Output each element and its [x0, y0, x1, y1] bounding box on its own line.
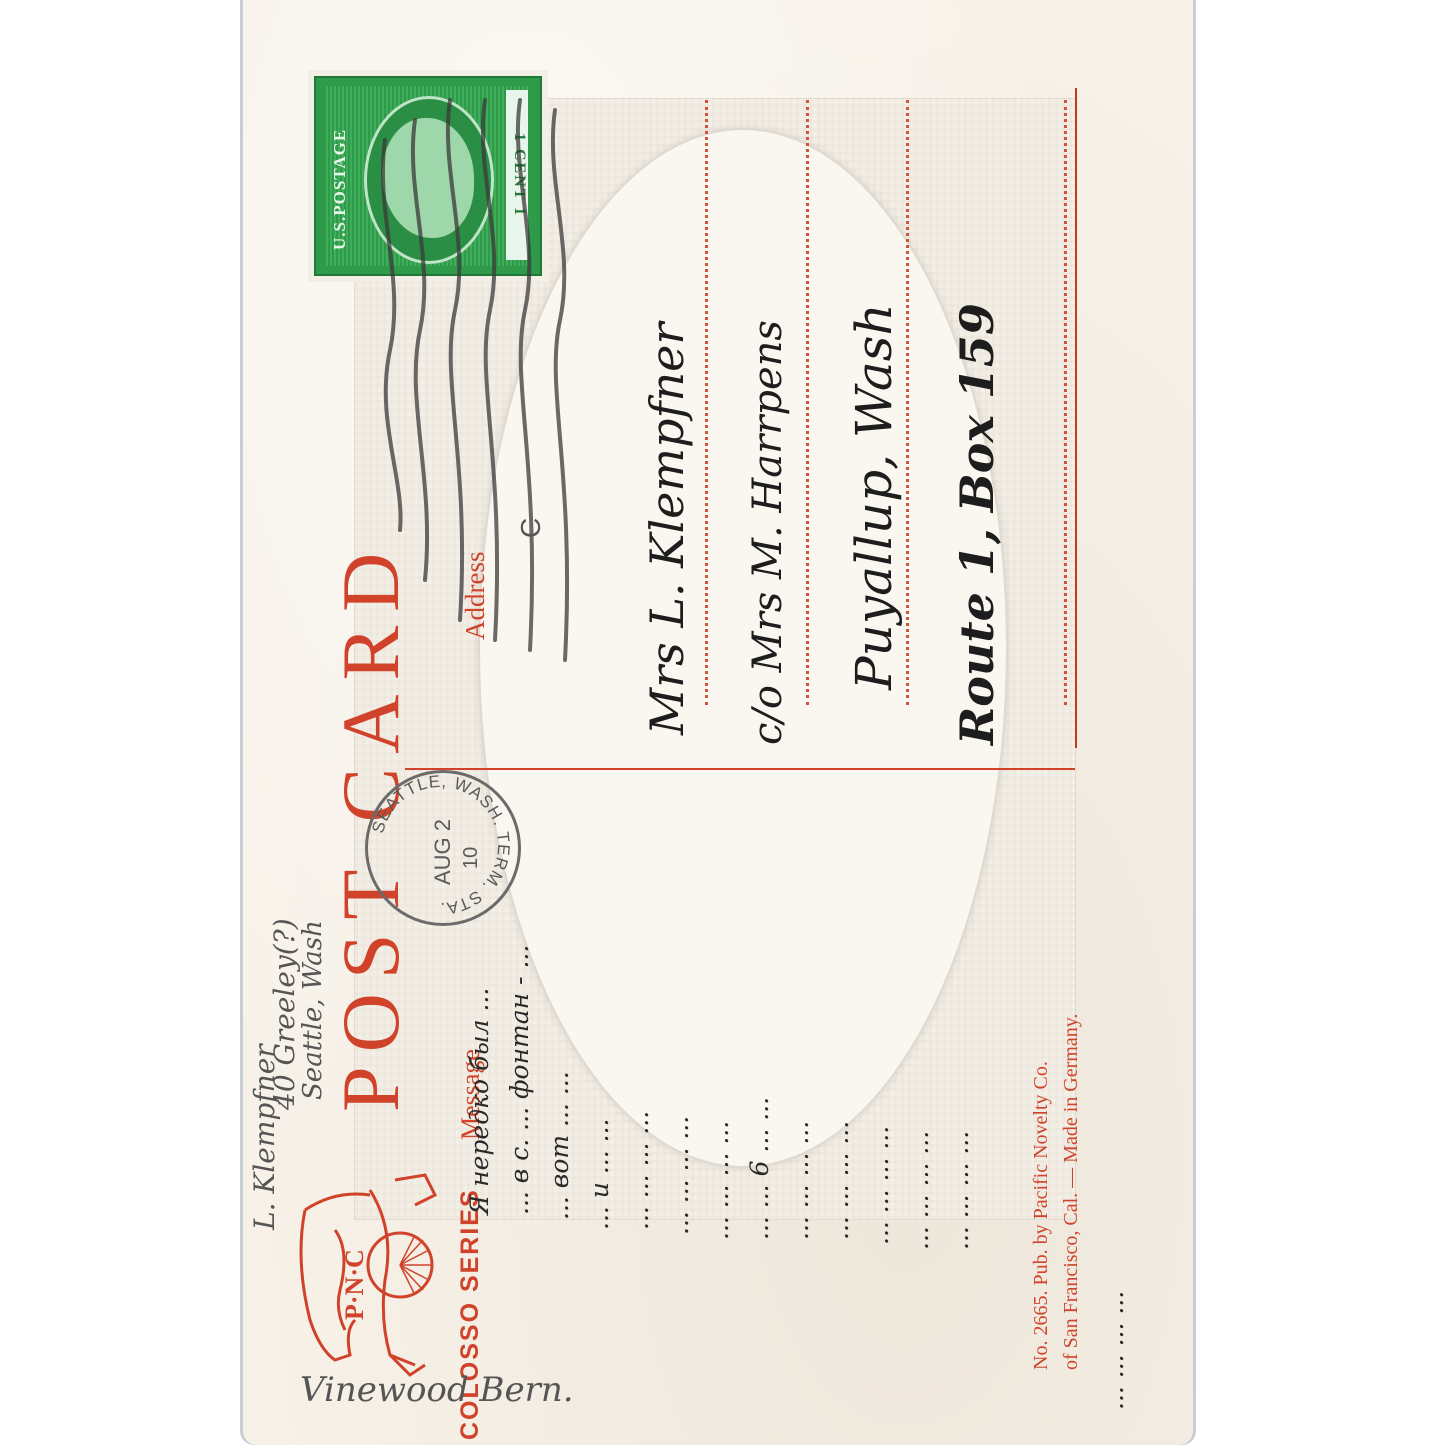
circular-postmark: SEATTLE, WASH. TERM. STA. AUG 2 10 — [365, 770, 521, 926]
address-line-4 — [1064, 100, 1067, 705]
publisher-line: of San Francisco, Cal. — Made in Germany… — [1060, 1014, 1083, 1370]
recipient-line-2: c/o Mrs M. Harrpens — [745, 320, 791, 745]
svg-text:C: C — [515, 518, 546, 538]
publisher-line: No. 2665. Pub. by Pacific Novelty Co. — [1030, 1061, 1053, 1370]
message-line: ... ... ... ... — [825, 1121, 854, 1240]
message-line: ... в с. ... фонтан - ... — [505, 945, 534, 1215]
address-line-1 — [705, 100, 708, 705]
postmark-year: 10 — [460, 847, 483, 869]
message-line: ... ... ... ... — [625, 1111, 654, 1230]
message-line: ... ... ... ... — [905, 1131, 934, 1250]
message-line: ... ... ... ... — [945, 1131, 974, 1250]
stamp-postage-text: U.S.POSTAGE — [330, 129, 350, 250]
message-line: ... ... 6 ... ... — [745, 1097, 774, 1240]
message-line: ... ... ... ... — [865, 1126, 894, 1245]
message-line: Я нередко был ... — [465, 988, 494, 1215]
recipient-line-3: Puyallup, Wash — [845, 303, 903, 690]
return-line-3: Seattle, Wash — [298, 920, 328, 1100]
postmark-date: AUG 2 — [430, 819, 456, 885]
recipient-line-1: Mrs L. Klempfner — [640, 323, 694, 735]
return-line-2: 40 Greeley(?) — [268, 918, 301, 1110]
address-line-2 — [806, 100, 809, 705]
message-line: ... ... ... ... — [665, 1116, 694, 1235]
address-line-3 — [906, 100, 909, 705]
message-line: ... ... ... ... — [705, 1121, 734, 1240]
message-line: ... ... ... ... — [785, 1121, 814, 1240]
message-line: ... вот ... ... — [545, 1071, 574, 1220]
message-line: ... ... ... ... — [1100, 1291, 1129, 1410]
return-bottom-note: Vinewood Bern. — [300, 1370, 574, 1410]
message-line: ... и ... ... — [585, 1119, 614, 1230]
address-border-line — [1075, 88, 1077, 748]
pnc-bear-logo-icon: P·N·C — [275, 1170, 445, 1380]
recipient-line-4: Route 1, Box 159 — [950, 303, 1004, 745]
wavy-cancellation-icon: C — [370, 60, 580, 700]
svg-text:P·N·C: P·N·C — [340, 1249, 369, 1320]
